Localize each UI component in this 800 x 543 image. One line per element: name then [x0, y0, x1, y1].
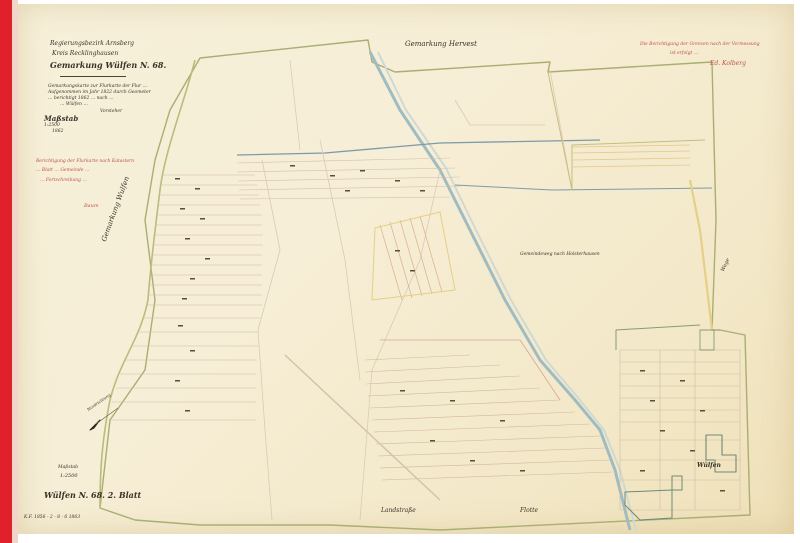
header-line-2: Kreis Recklinghausen: [52, 50, 118, 57]
map-drawing: [0, 0, 800, 543]
sheet-identifier: Wülfen N. 68. 2. Blatt: [44, 490, 141, 500]
tr-note-line-1: Die Berichtigung der Grenzen nach der Ve…: [640, 42, 760, 47]
north-arrow: [90, 420, 100, 430]
label-bottom-left: Landstraße: [381, 507, 416, 514]
footer-scale-value: 1:2500: [60, 473, 78, 479]
scan-edge-bottom: [18, 534, 800, 543]
red-note-line-2: … Blatt … Gemeinde …: [36, 168, 89, 173]
label-neighbor-top: Gemarkung Hervest: [405, 40, 477, 48]
note-line-1: Gemarkungskarte zur Flurkarte der Flur …: [48, 84, 147, 89]
tr-note-line-2: ist erfolgt …: [670, 51, 698, 56]
cadastral-map-sheet: Regierungsbezirk Arnsberg Kreis Reckling…: [0, 0, 800, 543]
label-bottom-right: Flotte: [520, 507, 538, 514]
road-east: [690, 180, 712, 330]
red-note-line-1: Berichtigung der Flurkarte nach Kataster…: [36, 159, 134, 164]
red-note-line-3: … Fortschreibung …: [40, 178, 87, 183]
scale-label: Maßstab: [44, 114, 78, 123]
archive-mark: K.F. 1856 - 2 - 8 - 6 1863: [24, 515, 80, 520]
scan-edge-right: [794, 0, 800, 543]
note-line-3: … berichtigt 1862 … nach …: [48, 96, 114, 101]
title-rule: [60, 76, 126, 77]
ditch-blue: [237, 140, 600, 155]
west-boundary: [100, 60, 195, 508]
note-line-2: Aufgenommen im Jahr 1822 durch Geometer: [48, 90, 151, 95]
red-signature: Baum: [84, 203, 99, 209]
note-line-4: … Wülfen …: [60, 102, 88, 107]
canal-water: [370, 52, 630, 530]
tr-note-signature: Ed. Kolberg: [710, 60, 746, 67]
header-line-1: Regierungsbezirk Arnsberg: [50, 40, 134, 47]
scale-sub: 1:2500: [44, 123, 60, 128]
label-middle-note: Gemeindeweg nach Holsterhausen: [520, 252, 600, 257]
footer-scale-label: Maßstab: [58, 465, 78, 470]
scale-year: 1862: [52, 129, 63, 134]
header-line-3: Gemarkung Wülfen N. 68.: [50, 60, 166, 70]
note-line-5: Vorsteher: [100, 109, 122, 114]
label-village: Wülfen: [697, 462, 721, 469]
